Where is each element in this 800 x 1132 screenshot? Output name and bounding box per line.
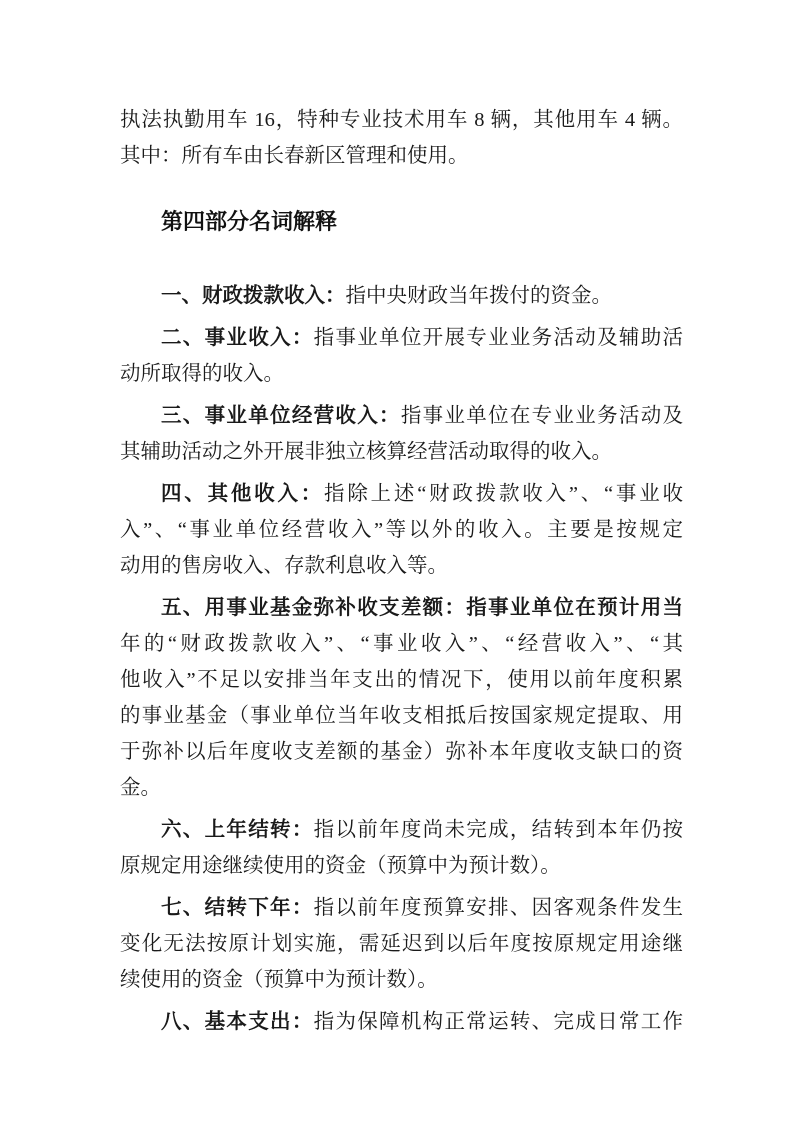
- text-line: 执法执勤用车 16，特种专业技术用车 8 辆，其他用车 4 辆。: [120, 102, 683, 138]
- text-line: 六、上年结转：指以前年度尚未完成，结转到本年仍按: [120, 812, 683, 848]
- term-label: 六、上年结转：: [161, 819, 314, 841]
- document-page: 执法执勤用车 16，特种专业技术用车 8 辆，其他用车 4 辆。其中：所有车由长…: [0, 0, 800, 1132]
- body-text: 原规定用途继续使用的资金（预算中为预计数）。: [120, 855, 561, 877]
- paragraph: 三、事业单位经营收入：指事业单位在专业业务活动及其辅助活动之外开展非独立核算经营…: [120, 398, 683, 470]
- text-line: 于弥补以后年度收支差额的基金）弥补本年度收支缺口的资: [120, 734, 683, 770]
- text-line: 入”、“事业单位经营收入”等以外的收入。主要是按规定: [120, 512, 683, 548]
- body-text: 执法执勤用车 16，特种专业技术用车 8 辆，其他用车 4 辆。: [120, 109, 683, 131]
- paragraph: 五、用事业基金弥补收支差额：指事业单位在预计用当年的“财政拨款收入”、“事业收入…: [120, 590, 683, 806]
- term-label: 指事业单位在预计用当: [466, 596, 683, 619]
- text-line: 八、基本支出：指为保障机构正常运转、完成日常工作: [120, 1004, 683, 1040]
- body-text: 指以前年度预算安排、因客观条件发生: [314, 897, 683, 919]
- text-line: 金。: [120, 770, 683, 806]
- body-text: 续使用的资金（预算中为预计数）。: [120, 969, 438, 991]
- term-label: 五、用事业基金弥补收支差额：: [161, 597, 466, 619]
- text-line: 四、其他收入：指除上述“财政拨款收入”、“事业收: [120, 476, 683, 512]
- term-label: 三、事业单位经营收入：: [161, 405, 401, 427]
- text-line: 变化无法按原计划实施，需延迟到以后年度按原规定用途继: [120, 926, 683, 962]
- body-text: 指除上述“财政拨款收入”、“事业收: [324, 483, 683, 505]
- paragraph: 执法执勤用车 16，特种专业技术用车 8 辆，其他用车 4 辆。其中：所有车由长…: [120, 102, 683, 174]
- text-line: 五、用事业基金弥补收支差额：指事业单位在预计用当: [120, 590, 683, 626]
- body-text: 指以前年度尚未完成，结转到本年仍按: [314, 819, 683, 841]
- term-label: 八、基本支出：: [161, 1011, 314, 1033]
- text-line: 年的“财政拨款收入”、“事业收入”、“经营收入”、“其: [120, 626, 683, 662]
- body-text: 动用的售房收入、存款利息收入等。: [120, 555, 448, 577]
- body-text: 入”、“事业单位经营收入”等以外的收入。主要是按规定: [120, 519, 683, 541]
- body-text: 的事业基金（事业单位当年收支相抵后按国家规定提取、用: [120, 705, 683, 727]
- body-text: 他收入”不足以安排当年支出的情况下，使用以前年度积累: [120, 669, 683, 691]
- term-label: 二、事业收入：: [161, 327, 314, 349]
- term-label: 四、其他收入：: [161, 483, 324, 505]
- text-line: 其中：所有车由长春新区管理和使用。: [120, 138, 683, 174]
- paragraph: 七、结转下年：指以前年度预算安排、因客观条件发生变化无法按原计划实施，需延迟到以…: [120, 890, 683, 998]
- term-label: 七、结转下年：: [161, 897, 314, 919]
- text-line: 的事业基金（事业单位当年收支相抵后按国家规定提取、用: [120, 698, 683, 734]
- body-text: 于弥补以后年度收支差额的基金）弥补本年度收支缺口的资: [120, 741, 683, 763]
- document-body: 执法执勤用车 16，特种专业技术用车 8 辆，其他用车 4 辆。其中：所有车由长…: [120, 102, 683, 1040]
- text-line: 二、事业收入：指事业单位开展专业业务活动及辅助活: [120, 320, 683, 356]
- body-text: 动所取得的收入。: [120, 363, 284, 385]
- text-line: 他收入”不足以安排当年支出的情况下，使用以前年度积累: [120, 662, 683, 698]
- body-text: 指事业单位在专业业务活动及: [401, 405, 683, 427]
- body-text: 指事业单位开展专业业务活动及辅助活: [314, 327, 683, 349]
- term-label: 一、财政拨款收入：: [161, 285, 346, 307]
- body-text: 其中：所有车由长春新区管理和使用。: [120, 145, 469, 167]
- paragraph: 八、基本支出：指为保障机构正常运转、完成日常工作: [120, 1004, 683, 1040]
- paragraph: 六、上年结转：指以前年度尚未完成，结转到本年仍按原规定用途继续使用的资金（预算中…: [120, 812, 683, 884]
- body-text: 金。: [120, 777, 161, 799]
- paragraph: 二、事业收入：指事业单位开展专业业务活动及辅助活动所取得的收入。: [120, 320, 683, 392]
- text-line: 七、结转下年：指以前年度预算安排、因客观条件发生: [120, 890, 683, 926]
- body-text: 指为保障机构正常运转、完成日常工作: [314, 1011, 683, 1033]
- paragraph: 四、其他收入：指除上述“财政拨款收入”、“事业收入”、“事业单位经营收入”等以外…: [120, 476, 683, 584]
- text-line: 续使用的资金（预算中为预计数）。: [120, 962, 683, 998]
- text-line: 三、事业单位经营收入：指事业单位在专业业务活动及: [120, 398, 683, 434]
- paragraph: 一、财政拨款收入：指中央财政当年拨付的资金。: [120, 278, 683, 314]
- text-line: 一、财政拨款收入：指中央财政当年拨付的资金。: [120, 278, 683, 314]
- text-line: 动所取得的收入。: [120, 356, 683, 392]
- body-text: 其辅助活动之外开展非独立核算经营活动取得的收入。: [120, 441, 612, 463]
- body-text: 年的“财政拨款收入”、“事业收入”、“经营收入”、“其: [120, 633, 683, 655]
- body-text: 指中央财政当年拨付的资金。: [346, 285, 613, 307]
- section-heading: 第四部分名词解释: [120, 202, 683, 242]
- text-line: 其辅助活动之外开展非独立核算经营活动取得的收入。: [120, 434, 683, 470]
- body-text: 变化无法按原计划实施，需延迟到以后年度按原规定用途继: [120, 933, 683, 955]
- text-line: 动用的售房收入、存款利息收入等。: [120, 548, 683, 584]
- text-line: 原规定用途继续使用的资金（预算中为预计数）。: [120, 848, 683, 884]
